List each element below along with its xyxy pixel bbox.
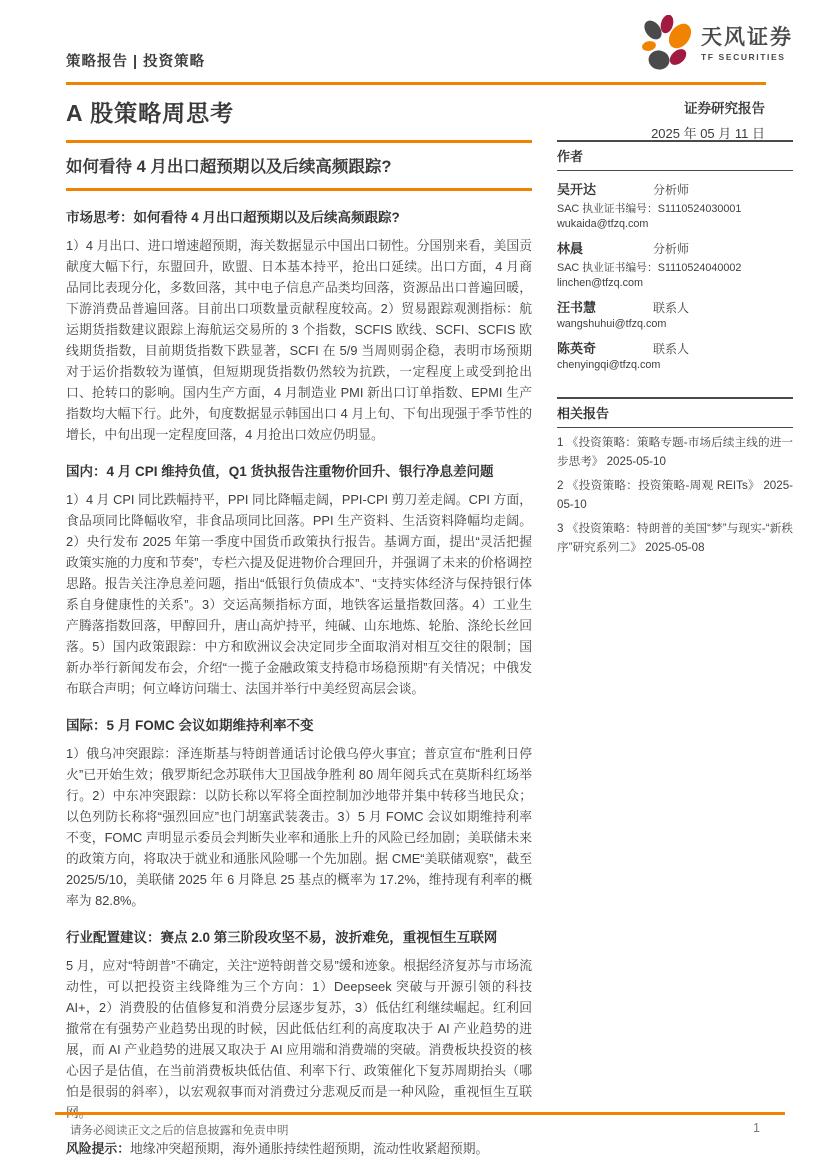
section-body: 1）4 月出口、进口增速超预期，海关数据显示中国出口韧性。分国别来看，美国贡献度… (66, 235, 532, 445)
brand-name-cn: 天风证券 (701, 26, 793, 50)
subtitle-block: 如何看待 4 月出口超预期以及后续高频跟踪? (66, 140, 532, 191)
risk-warning: 风险提示：地缘冲突超预期，海外通胀持续性超预期，流动性收紧超预期。 (66, 1138, 532, 1159)
section-heading: 国内：4 月 CPI 维持负值，Q1 货执报告注重物价回升、银行净息差问题 (66, 462, 532, 482)
author-role: 分析师 (653, 240, 689, 257)
brand-logo: 天风证券 TF SECURITIES (640, 15, 793, 73)
section-body: 1）俄乌冲突跟踪：泽连斯基与特朗普通话讨论俄乌停火事宜；普京宣布“胜利日停火”已… (66, 743, 532, 911)
section-body: 5 月，应对“特朗普”不确定，关注“逆特朗普交易”缓和迹象。根据经济复苏与市场流… (66, 955, 532, 1123)
page-title: A 股策略周思考 (66, 95, 234, 128)
section-domestic: 国内：4 月 CPI 维持负值，Q1 货执报告注重物价回升、银行净息差问题 1）… (66, 462, 532, 699)
authors-section-title: 作者 (557, 140, 793, 171)
brand-name: 天风证券 TF SECURITIES (701, 26, 793, 62)
related-report-link[interactable]: 3 《投资策略：特朗普的美国“梦”与现实-“新秩序”研究系列二》 2025-05… (557, 519, 793, 557)
section-market-thoughts: 市场思考：如何看待 4 月出口超预期以及后续高频跟踪? 1）4 月出口、进口增速… (66, 208, 532, 445)
author-certificate: SAC 执业证书编号：S1110524040002 (557, 260, 793, 275)
related-report-link[interactable]: 2 《投资策略：投资策略-周观 REITs》 2025-05-10 (557, 476, 793, 514)
report-subtitle: 如何看待 4 月出口超预期以及后续高频跟踪? (66, 153, 532, 177)
related-reports-list: 1 《投资策略：策略专题-市场后续主线的进一步思考》 2025-05-10 2 … (557, 433, 793, 557)
author-entry: 林晨 分析师 SAC 执业证书编号：S1110524040002 linchen… (557, 238, 793, 289)
section-heading: 国际：5 月 FOMC 会议如期维持利率不变 (66, 716, 532, 736)
author-entry: 陈英奇 联系人 chenyingqi@tfzq.com (557, 338, 793, 371)
author-role: 联系人 (653, 299, 689, 316)
section-body: 1）4 月 CPI 同比跌幅持平，PPI 同比降幅走阔，PPI-CPI 剪刀差走… (66, 489, 532, 699)
header-divider (66, 82, 766, 85)
footer-disclaimer: 请务必阅读正文之后的信息披露和免责申明 (70, 1122, 289, 1138)
risk-warning-label: 风险提示： (66, 1141, 130, 1156)
author-email-link[interactable]: wangshuhui@tfzq.com (557, 318, 793, 330)
related-report-link[interactable]: 1 《投资策略：策略专题-市场后续主线的进一步思考》 2025-05-10 (557, 433, 793, 471)
author-name: 林晨 (557, 238, 653, 257)
report-page: 策略报告 | 投资策略 天风证券 TF SECURITIES A 股策略周思考 … (0, 0, 827, 1169)
sidebar: 作者 吴开达 分析师 SAC 执业证书编号：S1110524030001 wuk… (557, 140, 793, 557)
section-heading: 市场思考：如何看待 4 月出口超预期以及后续高频跟踪? (66, 208, 532, 228)
author-certificate: SAC 执业证书编号：S1110524030001 (557, 201, 793, 216)
report-category: 策略报告 | 投资策略 (66, 50, 205, 71)
main-column: 如何看待 4 月出口超预期以及后续高频跟踪? 市场思考：如何看待 4 月出口超预… (66, 140, 532, 1159)
risk-warning-text: 地缘冲突超预期，海外通胀持续性超预期，流动性收紧超预期。 (130, 1141, 488, 1156)
page-number: 1 (753, 1121, 760, 1135)
footer-divider (55, 1112, 785, 1115)
tf-flower-icon (640, 15, 694, 73)
report-type-label: 证券研究报告 (651, 97, 765, 117)
related-reports-title: 相关报告 (557, 397, 793, 428)
author-entry: 汪书慧 联系人 wangshuhui@tfzq.com (557, 297, 793, 330)
brand-name-en: TF SECURITIES (701, 52, 793, 62)
author-entry: 吴开达 分析师 SAC 执业证书编号：S1110524030001 wukaid… (557, 179, 793, 230)
author-email-link[interactable]: linchen@tfzq.com (557, 277, 793, 289)
related-reports-section: 相关报告 1 《投资策略：策略专题-市场后续主线的进一步思考》 2025-05-… (557, 397, 793, 557)
section-industry-allocation: 行业配置建议：赛点 2.0 第三阶段攻坚不易，波折难免，重视恒生互联网 5 月，… (66, 928, 532, 1123)
author-email-link[interactable]: wukaida@tfzq.com (557, 218, 793, 230)
author-name: 吴开达 (557, 179, 653, 198)
section-international: 国际：5 月 FOMC 会议如期维持利率不变 1）俄乌冲突跟踪：泽连斯基与特朗普… (66, 716, 532, 911)
author-role: 联系人 (653, 340, 689, 357)
section-heading: 行业配置建议：赛点 2.0 第三阶段攻坚不易，波折难免，重视恒生互联网 (66, 928, 532, 948)
report-meta: 证券研究报告 2025 年 05 月 11 日 (651, 97, 765, 142)
author-name: 陈英奇 (557, 338, 653, 357)
author-name: 汪书慧 (557, 297, 653, 316)
author-role: 分析师 (653, 181, 689, 198)
author-email-link[interactable]: chenyingqi@tfzq.com (557, 359, 793, 371)
